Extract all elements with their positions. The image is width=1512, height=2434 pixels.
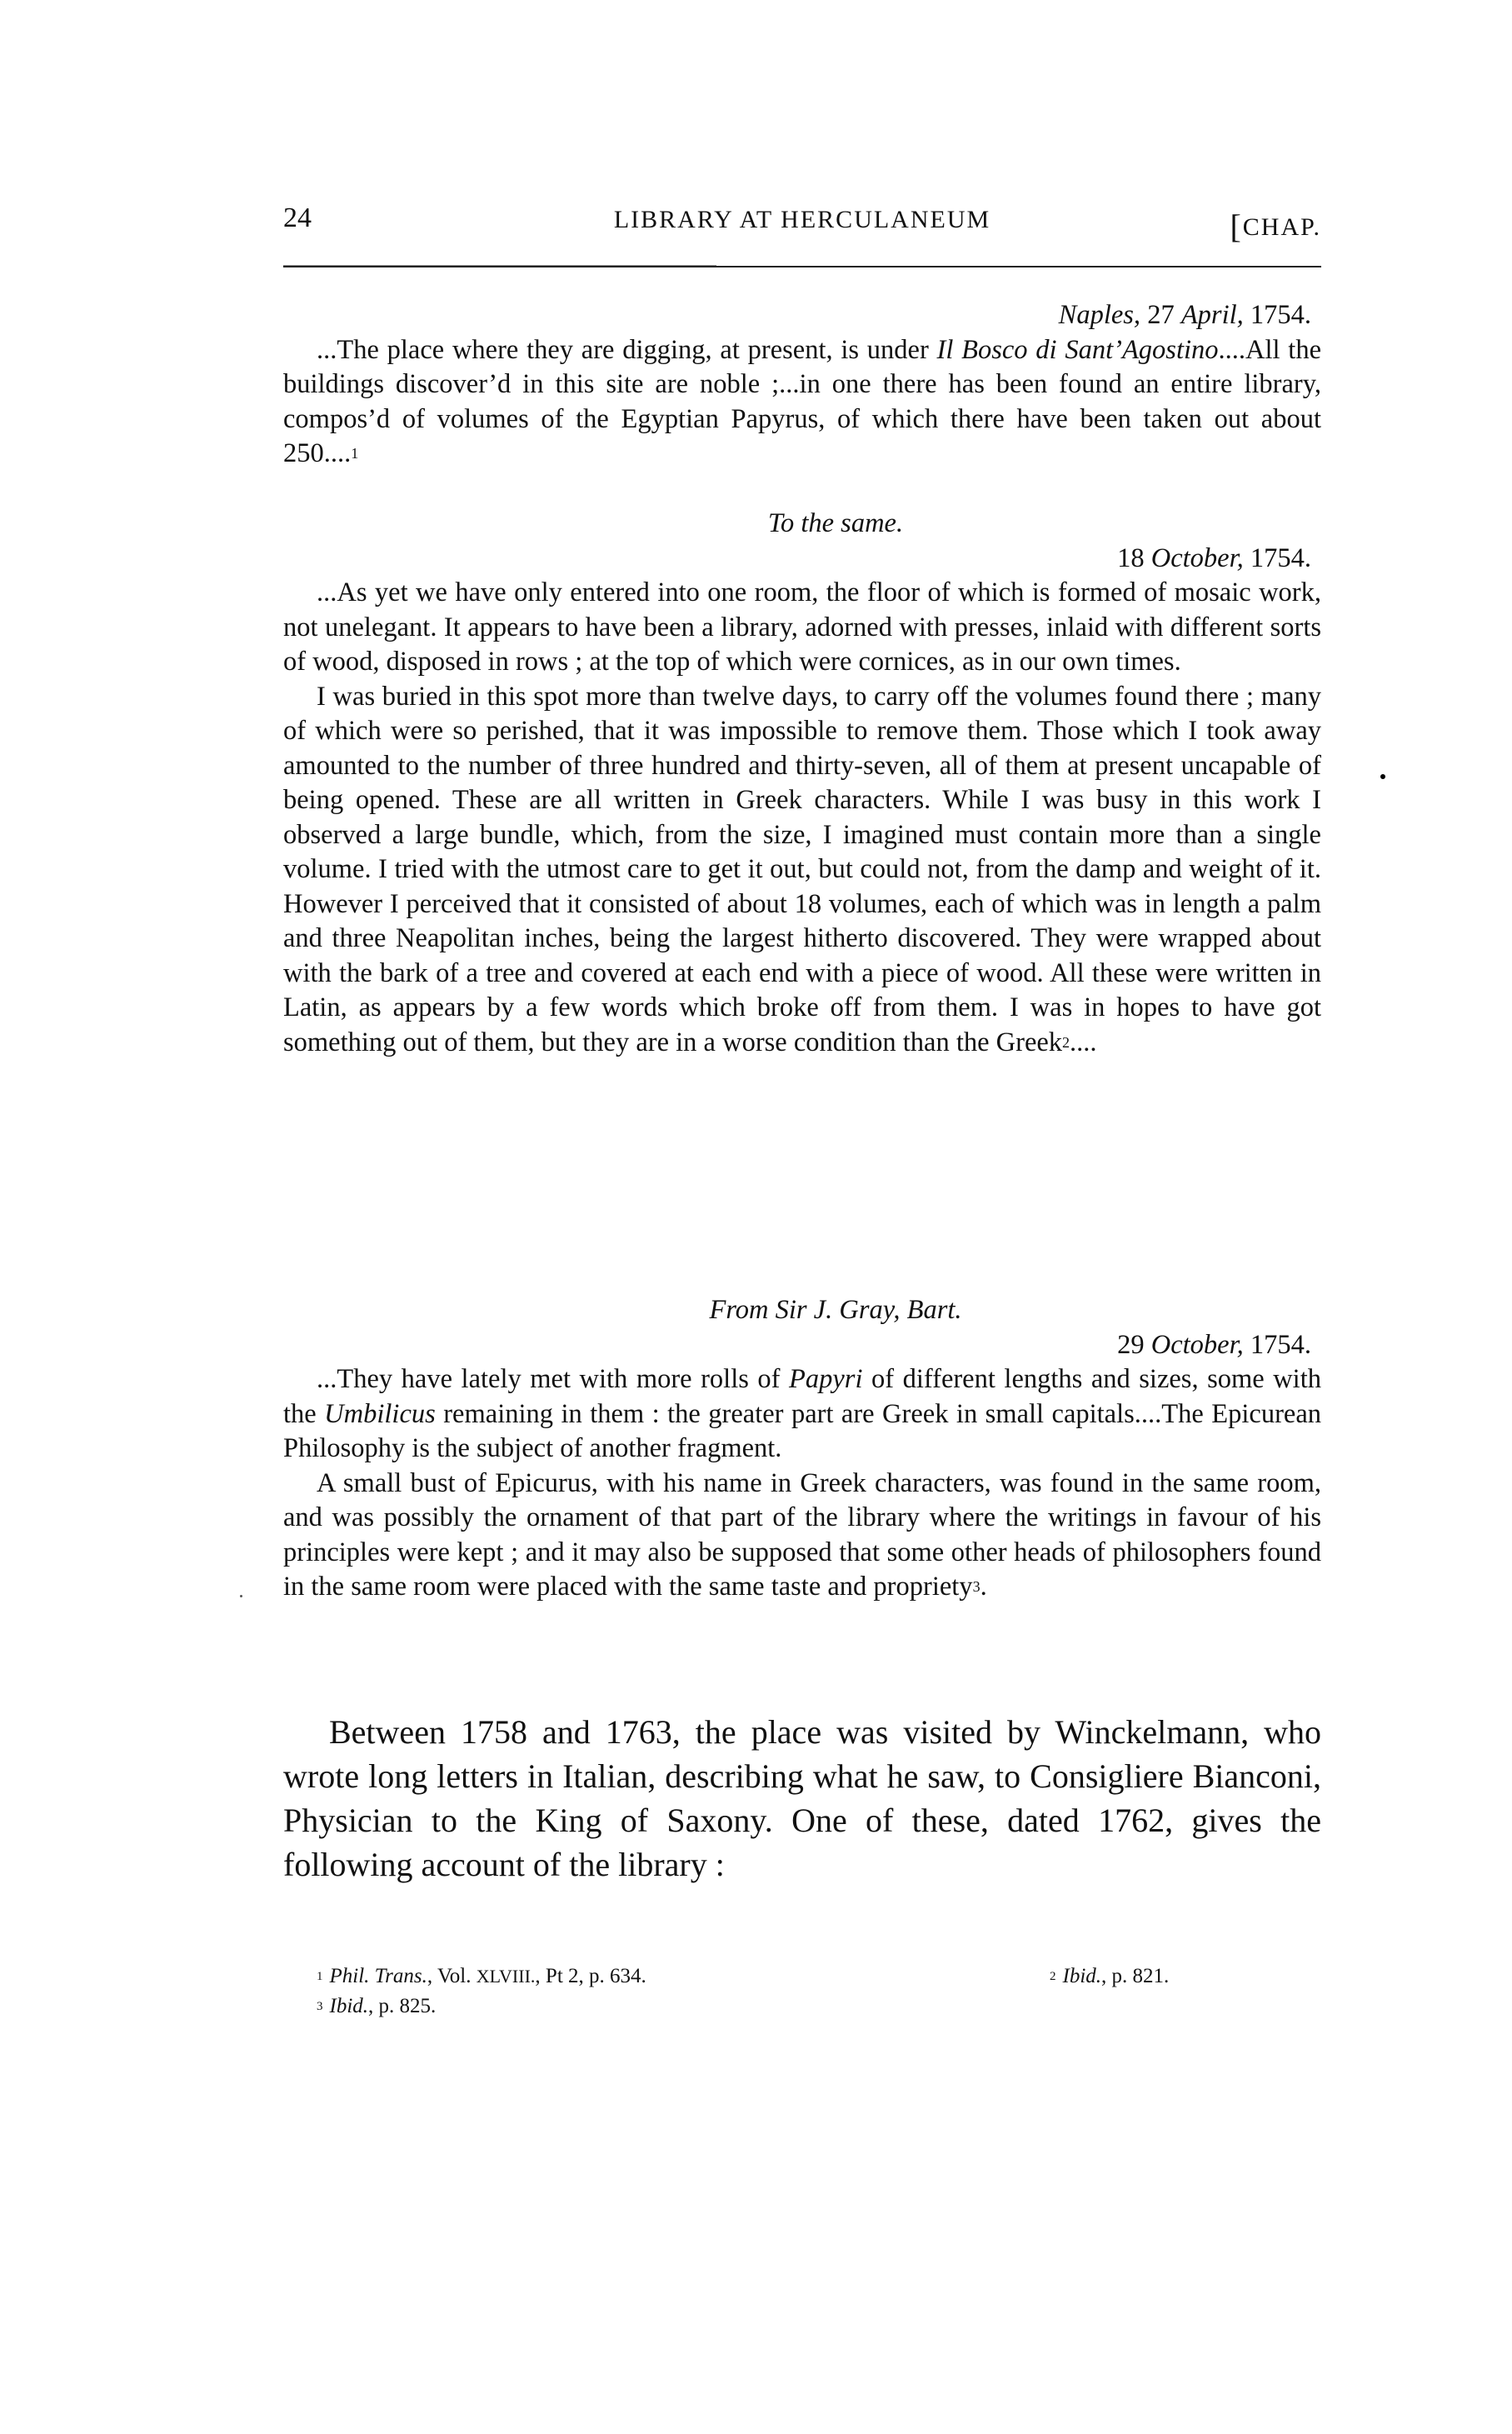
letter-paragraph: ...They have lately met with more rolls … [283,1362,1321,1467]
dateline-day: 27 [1147,300,1175,330]
italic-place-name: Il Bosco di Sant’Agostino [937,335,1219,365]
footnote-text: , p. 825. [368,1995,436,2017]
letter-paragraph: ...As yet we have only entered into one … [283,576,1321,680]
bracket-glyph: [ [1230,207,1242,245]
footnote-marker: 3 [317,2000,323,2013]
text-run: .... [1070,1027,1097,1057]
footnote-row: 3Ibid., p. 825. [283,1992,1321,2022]
footnote-ref[interactable]: 2 [1062,1034,1070,1051]
salutation: To the same. [283,507,1321,542]
footnote-ref[interactable]: 3 [973,1578,981,1595]
dateline-day: 29 [1117,1330,1145,1360]
letter-october-29: From Sir J. Gray, Bart. 29 October, 1754… [283,1293,1321,1605]
letter-paragraph: ...The place where they are digging, at … [283,333,1321,472]
dateline: 29 October, 1754. [283,1328,1321,1363]
footnote-text: , Vol. [427,1965,477,1987]
dateline: 18 October, 1754. [283,542,1321,577]
footnote-1: 1Phil. Trans., Vol. XLVIII., Pt 2, p. 63… [317,1962,646,1992]
footnote-title: Ibid. [330,1995,369,2017]
footnote-row: 1Phil. Trans., Vol. XLVIII., Pt 2, p. 63… [283,1962,1321,1992]
scan-speck [1380,774,1385,779]
scan-speck [240,1595,242,1597]
footnote-ref[interactable]: 1 [351,445,358,462]
text-run: remaining in them : the greater part are… [283,1399,1321,1464]
text-run: A small bust of Epicurus, with his name … [283,1468,1321,1602]
running-head: 24 LIBRARY AT HERCULANEUM [CHAP. [283,202,1321,244]
letter-naples: Naples, 27 April, 1754. ...The place whe… [283,298,1321,472]
italic-term: Papyri [789,1364,862,1394]
dateline-year: 1754. [1250,300,1311,330]
footnote-3: 3Ibid., p. 825. [317,1992,436,2022]
dateline-month: April, [1181,300,1244,330]
salutation: From Sir J. Gray, Bart. [283,1293,1321,1328]
chapter-text: CHAP. [1243,213,1321,241]
text-run: I was buried in this spot more than twel… [283,682,1321,1057]
footnote-text: , p. 821. [1101,1965,1169,1987]
footnote-title: Phil. Trans. [330,1965,427,1987]
dateline-year: 1754. [1250,543,1311,573]
body-paragraph: Between 1758 and 1763, the place was vis… [283,1710,1321,1887]
dateline-year: 1754. [1250,1330,1311,1360]
footnote-2: 2Ibid., p. 821. [1050,1962,1169,1992]
text-run: . [981,1572,987,1602]
letter-paragraph: A small bust of Epicurus, with his name … [283,1467,1321,1605]
footnote-volume: XLVIII. [477,1966,536,1987]
running-title: LIBRARY AT HERCULANEUM [283,206,1321,234]
dateline-month: October, [1151,1330,1244,1360]
dateline-month: October, [1151,543,1244,573]
italic-term: Umbilicus [324,1399,436,1429]
chapter-label: [CHAP. [1230,204,1321,243]
footnote-marker: 1 [317,1970,323,1983]
dateline-place: Naples, [1059,300,1140,330]
footnotes: 1Phil. Trans., Vol. XLVIII., Pt 2, p. 63… [283,1962,1321,2022]
letter-october-18: To the same. 18 October, 1754. ...As yet… [283,507,1321,1060]
dateline: Naples, 27 April, 1754. [283,298,1321,333]
header-rule [283,266,1321,267]
text-run: ...They have lately met with more rolls … [317,1364,789,1394]
letter-paragraph: I was buried in this spot more than twel… [283,680,1321,1061]
footnote-marker: 2 [1050,1970,1056,1983]
footnote-text: , Pt 2, p. 634. [535,1965,646,1987]
dateline-day: 18 [1117,543,1145,573]
footnote-title: Ibid. [1063,1965,1102,1987]
text-run: ...The place where they are digging, at … [317,335,937,365]
